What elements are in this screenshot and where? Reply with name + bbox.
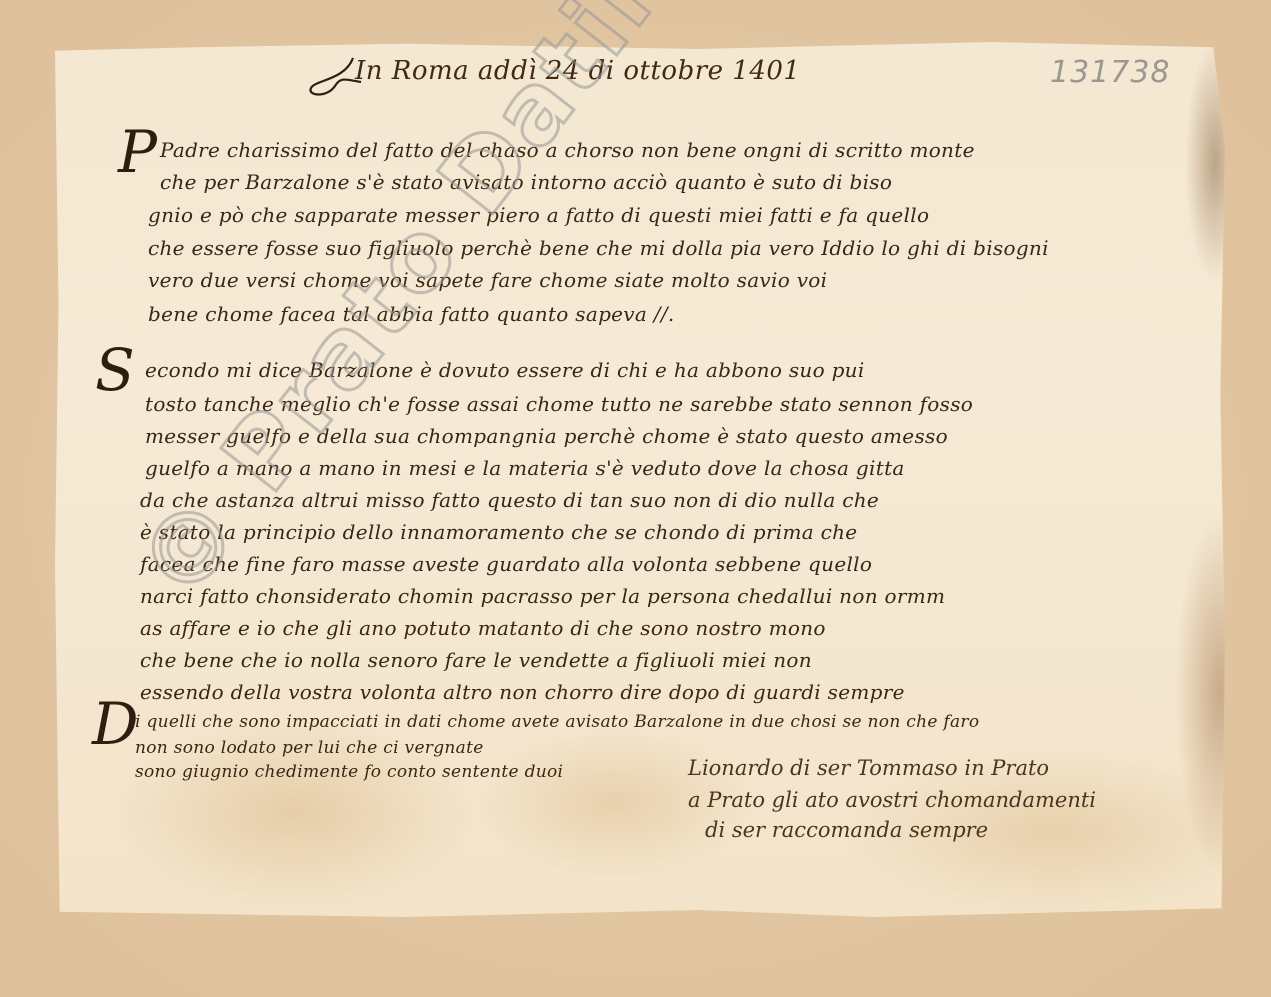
initial-capital-s: S (95, 336, 135, 404)
text-line: Padre charissimo del fatto del chaso a c… (160, 138, 975, 162)
text-line: guelfo a mano a mano in mesi e la materi… (145, 456, 905, 480)
text-line: econdo mi dice Barzalone è dovuto essere… (145, 358, 865, 382)
text-line: facea che fine faro masse aveste guardat… (140, 552, 872, 576)
initial-capital-p: P (118, 118, 157, 186)
text-line: tosto tanche meglio ch'e fosse assai cho… (145, 392, 973, 416)
text-line: vero due versi chome voi sapete fare cho… (148, 268, 827, 292)
text-line: messer guelfo e della sua chompangnia pe… (145, 424, 948, 448)
signature-line: di ser raccomanda sempre (705, 818, 988, 842)
text-line: è stato la principio dello innamoramento… (140, 520, 857, 544)
text-line: gnio e pò che sapparate messer piero a f… (148, 203, 929, 227)
text-line: da che astanza altrui misso fatto questo… (140, 488, 879, 512)
text-line: bene chome facea tal abbia fatto quanto … (148, 302, 675, 326)
initial-capital-d: D (92, 690, 139, 758)
text-line: non sono lodato per lui che ci vergnate (135, 738, 484, 758)
text-line: i quelli che sono impacciati in dati cho… (135, 712, 979, 732)
text-line: sono giugnio chedimente fo conto sentent… (135, 762, 563, 782)
text-line: che essere fosse suo figliuolo perchè be… (148, 236, 1049, 260)
text-line: as affare e io che gli ano potuto matant… (140, 616, 826, 640)
signature-line: a Prato gli ato avostri chomandamenti (688, 788, 1096, 812)
text-line: narci fatto chonsiderato chomin pacrasso… (140, 584, 945, 608)
letter-body: P Padre charissimo del fatto del chaso a… (0, 0, 1271, 997)
text-line: essendo della vostra volonta altro non c… (140, 680, 905, 704)
text-line: che per Barzalone s'è stato avisato into… (160, 170, 892, 194)
signature-line: Lionardo di ser Tommaso in Prato (688, 756, 1049, 780)
text-line: che bene che io nolla senoro fare le ven… (140, 648, 812, 672)
